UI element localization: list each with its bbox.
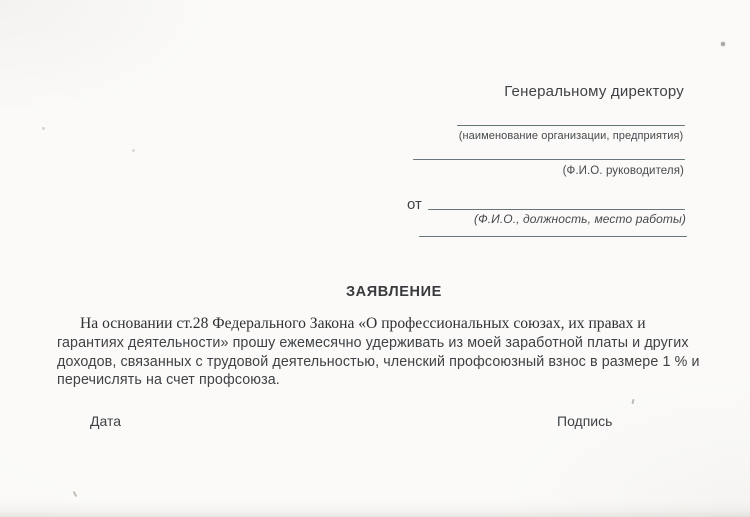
organization-caption: (наименование организации, предприятия)	[455, 130, 687, 142]
body-line-4: перечислять на счет профсоюза.	[57, 371, 705, 390]
director-name-caption: (Ф.И.О. руководителя)	[563, 165, 684, 177]
scan-speckle	[132, 149, 135, 152]
body-line-3: доходов, связанных с трудовой деятельнос…	[57, 353, 705, 372]
body-line-1: На основании ст.28 Федерального Закона «…	[57, 315, 705, 334]
signature-label: Подпись	[557, 413, 612, 429]
body-paragraph: На основании ст.28 Федерального Закона «…	[57, 315, 705, 390]
body-line-2: гарантиях деятельности» прошу ежемесячно…	[57, 334, 705, 353]
scan-speckle	[73, 491, 78, 497]
scanned-document-page: Генеральному директору (наименование орг…	[0, 0, 750, 517]
document-title: ЗАЯВЛЕНИЕ	[346, 284, 442, 300]
recipient-line: Генеральному директору	[504, 83, 684, 100]
scan-speckle	[42, 127, 45, 130]
scan-speckle	[721, 42, 725, 46]
organization-field-line	[457, 125, 685, 126]
scan-speckle	[631, 399, 634, 404]
applicant-caption: (Ф.И.О., должность, место работы)	[474, 212, 686, 226]
date-label: Дата	[90, 413, 121, 429]
extra-field-line	[419, 236, 687, 237]
applicant-field-line	[428, 209, 685, 210]
from-label: от	[407, 196, 422, 213]
director-name-field-line	[413, 159, 685, 160]
